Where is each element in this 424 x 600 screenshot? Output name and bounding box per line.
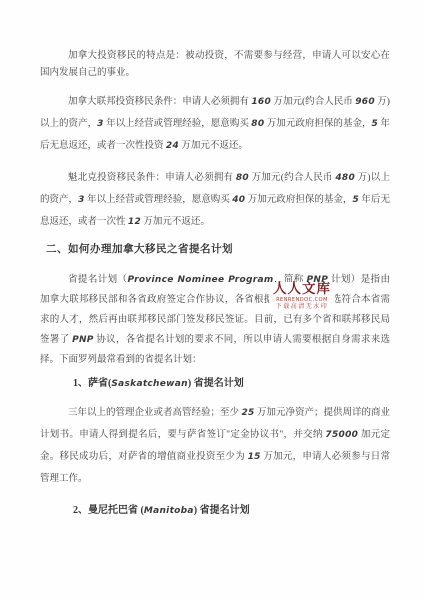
paragraph-quebec-investor: 魁北克投资移民条件：申请人必须拥有 80 万加元(约合人民币 480 万)以上的… [40,167,390,233]
paragraph-federal-investor: 加拿大联邦投资移民条件：申请人必须拥有 160 万加元(约合人民币 960 万)… [40,91,390,157]
watermark: 人人文库 RENRENDOC.COM 下载高清无水印 [269,282,335,311]
watermark-tagline: 下载高清无水印 [269,304,335,311]
paragraph-intro: 加拿大投资移民的特点是：被动投资，不需要参与经营，申请人可以安心在国内发展自己的… [40,48,390,82]
paragraph-pnp-overview: 省提名计划（Province Nominee Program，简称 PNP 计划… [40,270,390,370]
document-content: 加拿大投资移民的特点是：被动投资，不需要参与经营，申请人可以安心在国内发展自己的… [40,48,390,529]
section-heading-pnp: 二、如何办理加拿大移民之省提名计划 [40,243,390,257]
subheading-manitoba: 2、曼尼托巴省 (Manitoba) 省提名计划 [40,504,390,518]
watermark-domain: RENRENDOC.COM [269,297,335,303]
paragraph-saskatchewan: 三年以上的管理企业或者高管经验；至少 25 万加元净资产；提供周详的商业计划书。… [40,402,390,490]
document-page: 加拿大投资移民的特点是：被动投资，不需要参与经营，申请人可以安心在国内发展自己的… [0,0,424,600]
watermark-logo: 人人文库 [269,282,335,296]
subheading-saskatchewan: 1、萨省(Saskatchewan) 省提名计划 [40,377,390,391]
